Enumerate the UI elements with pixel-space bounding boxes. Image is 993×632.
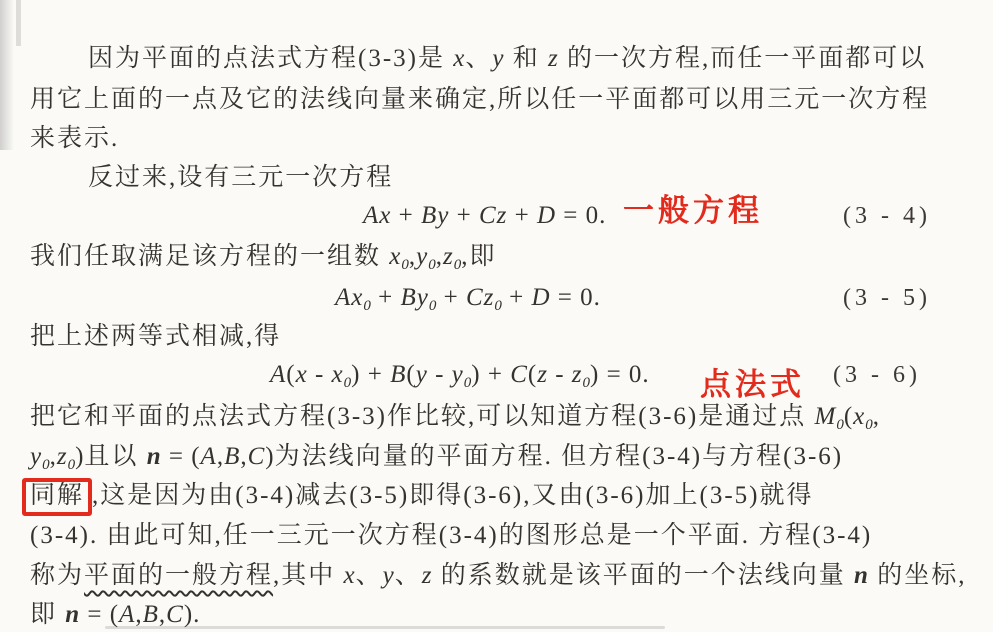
text-run: 把上述两等式相减,得 xyxy=(30,323,281,350)
text-run: y xyxy=(416,361,428,388)
text-run: 且以 xyxy=(84,443,146,470)
text-run: 就得 xyxy=(760,482,814,509)
text-run: , xyxy=(240,443,247,470)
text-run: y xyxy=(452,361,464,388)
text-run: (3-3) xyxy=(327,403,387,430)
text-run: 即 xyxy=(30,601,65,628)
para5-line6: 即 n = (A,B,C). xyxy=(30,598,200,632)
text-run: 为法线向量的平面方程. 但方程 xyxy=(275,443,643,470)
text-run: B xyxy=(143,601,159,628)
text-run: ) = 0. xyxy=(590,361,650,388)
text-run: 减去 xyxy=(295,482,349,509)
text-run: C xyxy=(510,361,528,388)
text-run: + xyxy=(507,202,537,229)
text-run: 的坐标, xyxy=(869,562,967,589)
text-run: (3-4) xyxy=(439,522,499,549)
text-run: 是通过点 xyxy=(698,403,814,430)
text-run: (3-6) xyxy=(586,482,646,509)
text-run: ,即 xyxy=(461,243,496,270)
text-run: z xyxy=(572,361,583,388)
text-run: 0 xyxy=(836,417,844,433)
text-run: 0 xyxy=(42,457,50,473)
text-run: B xyxy=(224,443,240,470)
text-run: 即得 xyxy=(409,482,463,509)
text-run: + xyxy=(449,202,479,229)
text-run: 加上 xyxy=(646,482,700,509)
equation-label-3-6: (3 - 6) xyxy=(833,358,921,392)
text-run: 与方程 xyxy=(702,443,783,470)
text-run: D xyxy=(531,284,550,311)
text-run: ). xyxy=(184,601,201,628)
text-run: 的一次方程,而任一平面都可以 xyxy=(559,45,927,72)
text-run: n xyxy=(65,601,80,628)
text-run: 称为 xyxy=(30,562,84,589)
scan-artifact-left-streak xyxy=(16,0,21,46)
text-run: 、 xyxy=(356,562,383,589)
highlight-box-tongjie: 同解 xyxy=(22,478,92,516)
text-run: (3-6) xyxy=(638,403,698,430)
text-run: n xyxy=(147,443,162,470)
para5-line3: 同解,这是因为由(3-4)减去(3-5)即得(3-6),又由(3-6)加上(3-… xyxy=(30,479,814,513)
text-run: + xyxy=(371,284,401,311)
text-run: y xyxy=(383,562,395,589)
text-run: (3-5) xyxy=(349,482,409,509)
equation-label-3-5: (3 - 5) xyxy=(843,281,931,315)
para4-line1: 把上述两等式相减,得 xyxy=(30,320,281,354)
wavy-underlined-term: 平面的一般方程 xyxy=(84,562,273,589)
text-run: 的图形总是一个平面. 方程 xyxy=(499,522,813,549)
text-run: , xyxy=(873,403,880,430)
text-run: . 由此可知,任一三元一次方程 xyxy=(90,522,439,549)
text-run: + xyxy=(436,284,466,311)
equation-3-4: Ax + By + Cz + D = 0. xyxy=(363,199,606,233)
para1-line2: 用它上面的一点及它的法线向量来确定,所以任一平面都可以用三元一次方程 xyxy=(30,83,929,117)
text-run: A xyxy=(270,361,286,388)
text-run: 反过来,设有三元一次方程 xyxy=(88,164,393,191)
text-run: (3-3) xyxy=(358,45,418,72)
text-run: 、 xyxy=(465,45,492,72)
text-run: M xyxy=(815,403,837,430)
text-run: 因为平面的点法式方程 xyxy=(88,45,358,72)
text-run: x xyxy=(332,361,344,388)
equation-number: (3 - 5) xyxy=(843,285,931,311)
equation-3-5: Ax0 + By0 + Cz0 + D = 0. xyxy=(335,281,601,323)
text-run: ) + xyxy=(471,361,510,388)
para2-line1: 反过来,设有三元一次方程 xyxy=(88,161,393,195)
text-run: ,这是因为由 xyxy=(92,482,235,509)
text-run: n xyxy=(854,562,869,589)
text-run: 的系数就是该平面的一个法线向量 xyxy=(433,562,855,589)
text-run: - xyxy=(428,361,452,388)
text-run: 我们任取满足该方程的一组数 xyxy=(30,243,389,270)
text-run: , xyxy=(436,243,443,270)
text-run: (3-6) xyxy=(783,443,843,470)
text-run: 、 xyxy=(395,562,422,589)
text-run: (3-4) xyxy=(235,482,295,509)
text-run: 0 xyxy=(363,298,371,314)
text-run: ) + xyxy=(351,361,390,388)
text-run: 把它和平面的点法式方程 xyxy=(30,403,327,430)
text-run: (3-4) xyxy=(642,443,702,470)
text-run: z xyxy=(57,443,68,470)
para5-line4: (3-4). 由此可知,任一三元一次方程(3-4)的图形总是一个平面. 方程(3… xyxy=(30,519,872,553)
textbook-page: 因为平面的点法式方程(3-3)是 x、y 和 z 的一次方程,而任一平面都可以用… xyxy=(0,0,993,632)
text-run: D xyxy=(537,202,556,229)
text-run: C xyxy=(248,443,266,470)
text-run: (3-5) xyxy=(700,482,760,509)
text-run: - xyxy=(548,361,572,388)
para5-line5: 称为平面的一般方程,其中 x、y、z 的系数就是该平面的一个法线向量 n 的坐标… xyxy=(30,559,966,593)
text-run: Ax xyxy=(335,284,363,311)
text-run: x xyxy=(344,562,356,589)
text-run: 用它上面的一点及它的法线向量来确定,所以任一平面都可以用三元一次方程 xyxy=(30,86,929,113)
red-annotation-text: 点法式 xyxy=(700,367,805,402)
text-run: A xyxy=(201,443,217,470)
text-run: By xyxy=(400,284,428,311)
text-run: y xyxy=(492,45,504,72)
text-run: + xyxy=(502,284,532,311)
text-run: , xyxy=(50,443,57,470)
text-run: ( xyxy=(406,361,415,388)
text-run: y xyxy=(416,243,428,270)
para1-line1: 因为平面的点法式方程(3-3)是 x、y 和 z 的一次方程,而任一平面都可以 xyxy=(88,42,926,76)
text-run: ,其中 xyxy=(273,562,344,589)
text-run: = ( xyxy=(162,443,201,470)
equation-3-6: A(x - x0) + B(y - y0) + C(z - z0) = 0. xyxy=(270,358,650,400)
text-run: 0 xyxy=(865,417,873,433)
text-run: (3-4) xyxy=(812,522,872,549)
text-run: By xyxy=(421,202,449,229)
text-run: z xyxy=(422,562,433,589)
para1-line3: 来表示. xyxy=(30,122,119,156)
text-run: x xyxy=(296,361,308,388)
text-run: x xyxy=(389,243,401,270)
text-run: ,又由 xyxy=(523,482,585,509)
equation-number: (3 - 6) xyxy=(833,362,921,388)
text-run: 0 xyxy=(428,257,436,273)
text-run: z xyxy=(548,45,559,72)
text-run: 作比较,可以知道方程 xyxy=(387,403,638,430)
text-run: = ( xyxy=(80,601,119,628)
text-run: 是 xyxy=(418,45,453,72)
para3-line1: 我们任取满足该方程的一组数 x0,y0,z0,即 xyxy=(30,240,496,282)
text-run: ( xyxy=(286,361,295,388)
text-run: Cz xyxy=(466,284,494,311)
equation-label-3-4: (3 - 4) xyxy=(843,199,931,233)
text-run: = 0. xyxy=(551,284,601,311)
text-run: Cz xyxy=(479,202,507,229)
red-annotation-general-equation: 一般方程 xyxy=(623,194,763,231)
text-run: 来表示. xyxy=(30,125,119,152)
text-run: 0 xyxy=(68,457,76,473)
text-run: 0 xyxy=(494,298,502,314)
text-run: y xyxy=(30,443,42,470)
scan-artifact-left-edge xyxy=(0,0,14,150)
text-run: ) xyxy=(265,443,274,470)
para5-line2: y0,z0)且以 n = (A,B,C)为法线向量的平面方程. 但方程(3-4)… xyxy=(30,440,843,482)
text-run: = 0. xyxy=(556,202,606,229)
text-run: B xyxy=(390,361,406,388)
text-run: ( xyxy=(844,403,853,430)
text-run: z xyxy=(443,243,454,270)
text-run: 0 xyxy=(583,375,591,391)
text-run: - xyxy=(308,361,332,388)
text-run: , xyxy=(135,601,142,628)
text-run: z xyxy=(537,361,548,388)
red-annotation-text: 一般方程 xyxy=(623,193,763,228)
text-run: 和 xyxy=(505,45,549,72)
text-run: 0 xyxy=(401,257,409,273)
text-run: Ax xyxy=(363,202,391,229)
text-run: x xyxy=(853,403,865,430)
text-run: (3-4) xyxy=(30,522,90,549)
text-run: C xyxy=(166,601,184,628)
text-run: A xyxy=(119,601,135,628)
para5-line1: 把它和平面的点法式方程(3-3)作比较,可以知道方程(3-6)是通过点 M0(x… xyxy=(30,400,880,442)
text-run: , xyxy=(217,443,224,470)
text-run: ( xyxy=(528,361,537,388)
text-run: + xyxy=(391,202,421,229)
text-run: (3-6) xyxy=(463,482,523,509)
equation-number: (3 - 4) xyxy=(843,203,931,229)
text-run: x xyxy=(453,45,465,72)
